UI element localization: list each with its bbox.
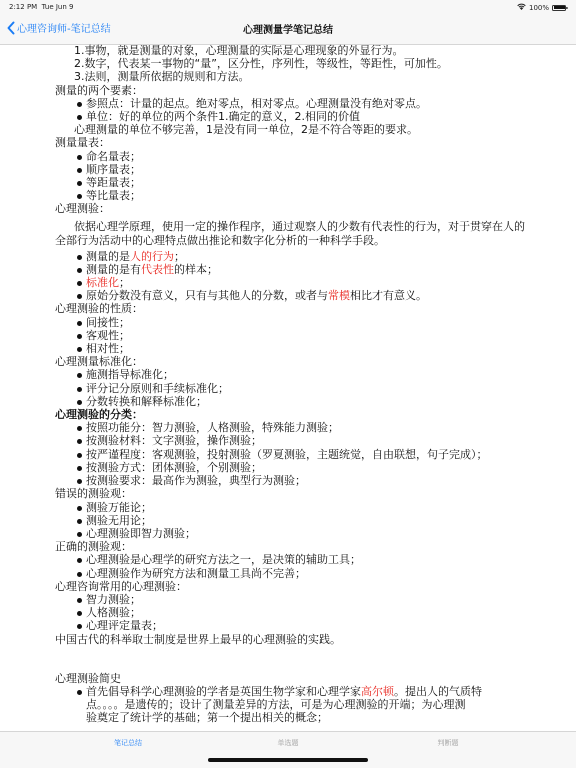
wifi-icon bbox=[517, 3, 526, 12]
bullet-item: 人格测验； bbox=[55, 606, 576, 619]
bullet-item: 命名量表； bbox=[55, 150, 576, 163]
bullet-item: 评分记分原则和手续标准化； bbox=[55, 382, 576, 395]
definition-paragraph: 依据心理学原理，使用一定的操作程序，通过观察人的少数有代表性的行为，对于贯穿在人… bbox=[55, 220, 535, 248]
spacer bbox=[55, 646, 576, 659]
bullet-text: 按测验材料：文字测验，操作测验； bbox=[75, 434, 262, 447]
bullet-text: 按严谨程度：客观测验，投射测验（罗夏测验，主题统觉，自由联想，句子完成）； bbox=[75, 448, 488, 461]
tab-notes-summary[interactable]: 笔记总结 bbox=[88, 738, 168, 748]
tab-bar: 笔记总结 单选题 判断题 bbox=[0, 731, 576, 768]
bullet-item: 按照功能分：智力测验，人格测验，特殊能力测验； bbox=[55, 421, 576, 434]
bullet-text: 测量的是 bbox=[86, 250, 130, 263]
bullet-item: 标准化； bbox=[55, 276, 576, 289]
section-heading: 心理测验： bbox=[55, 202, 576, 215]
bullet-text: 等比量表； bbox=[75, 189, 141, 202]
bullet-item: 分数转换和解释标准化； bbox=[55, 395, 576, 408]
bullet-text: 单位：好的单位的两个条件1.确定的意义，2.相同的价值 bbox=[75, 110, 360, 123]
bullet-item: 心理测验即智力测验； bbox=[55, 527, 576, 540]
bullet-text: 心理测验作为研究方法和测量工具尚不完善； bbox=[75, 567, 306, 580]
bullet-text: ； bbox=[174, 250, 185, 263]
bullet-item: 智力测验； bbox=[55, 593, 576, 606]
spacer bbox=[55, 659, 576, 672]
bullet-item: 顺序量表； bbox=[55, 163, 576, 176]
bullet-text: 分数转换和解释标准化； bbox=[75, 395, 207, 408]
notes-content[interactable]: 1.事物，就是测量的对象，心理测量的实际是心理现象的外显行为。 2.数字，代表某… bbox=[0, 44, 576, 732]
bullet-text: 按测验要求：最高作为测验，典型行为测验； bbox=[75, 474, 306, 487]
bullet-item: 原始分数没有意义，只有与其他人的分数，或者与常模相比才有意义。 bbox=[55, 289, 576, 302]
bullet-item: 按严谨程度：客观测验，投射测验（罗夏测验，主题统觉，自由联想，句子完成）； bbox=[55, 448, 576, 461]
intro-item: 2.数字，代表某一事物的“量”，区分性，序列性，等级性，等距性，可加性。 bbox=[55, 57, 576, 70]
bullet-item: 首先倡导科学心理测验的学者是英国生物学家和心理学家高尔顿。提出人的气质特 bbox=[55, 685, 576, 698]
highlight-text: 标准化 bbox=[86, 276, 119, 289]
bullet-item: 等比量表； bbox=[55, 189, 576, 202]
section-heading: 错误的测验观： bbox=[55, 487, 576, 500]
bullet-item: 心理测验作为研究方法和测量工具尚不完善； bbox=[55, 567, 576, 580]
bullet-text: 顺序量表； bbox=[75, 163, 141, 176]
bullet-item: 心理测验是心理学的研究方法之一，是决策的辅助工具； bbox=[55, 553, 576, 566]
section-heading: 心理测量标准化： bbox=[55, 355, 576, 368]
bullet-text: 间接性； bbox=[75, 316, 130, 329]
bullet-text: 原始分数没有意义，只有与其他人的分数，或者与 bbox=[86, 289, 328, 302]
tab-true-false[interactable]: 判断题 bbox=[408, 738, 488, 748]
bullet-text: 。提出人的气质特 bbox=[394, 685, 482, 698]
bullet-text: 智力测验； bbox=[75, 593, 141, 606]
section-heading-bold: 心理测验的分类： bbox=[55, 408, 576, 421]
date-text: Tue Jun 9 bbox=[42, 3, 74, 11]
bullet-text: 心理测验是心理学的研究方法之一，是决策的辅助工具； bbox=[75, 553, 361, 566]
battery-percent: 100% bbox=[529, 4, 549, 12]
bullet-item: 心理评定量表； bbox=[55, 619, 576, 632]
bullet-text: 测验万能论； bbox=[75, 501, 152, 514]
status-bar: 2:12 PM Tue Jun 9 100% bbox=[0, 0, 576, 14]
bullet-text: 按照功能分：智力测验，人格测验，特殊能力测验； bbox=[75, 421, 339, 434]
section-heading: 测量量表： bbox=[55, 136, 576, 149]
battery-full-icon bbox=[552, 5, 566, 11]
bullet-item: 按测验材料：文字测验，操作测验； bbox=[55, 434, 576, 447]
bullet-item: 测量的是人的行为； bbox=[55, 250, 576, 263]
bullet-continuation: 点。。。。是遗传的；设计了测量差异的方法，可是为心理测验的开端；为心理测 bbox=[55, 698, 576, 711]
bullet-text: 按测验方式：团体测验，个别测验； bbox=[75, 461, 262, 474]
bullet-text: 的样本； bbox=[174, 263, 218, 276]
bullet-text: 评分记分原则和手续标准化； bbox=[75, 382, 229, 395]
bullet-text: 等距量表； bbox=[75, 176, 141, 189]
bullet-item: 测验无用论； bbox=[55, 514, 576, 527]
navigation-bar: 心理咨询师-笔记总结 心理测量学笔记总结 bbox=[0, 14, 576, 45]
bullet-text: ； bbox=[119, 276, 130, 289]
tab-single-choice[interactable]: 单选题 bbox=[248, 738, 328, 748]
bullet-text: 心理评定量表； bbox=[75, 619, 163, 632]
bullet-item: 测验万能论； bbox=[55, 501, 576, 514]
bullet-item: 等距量表； bbox=[55, 176, 576, 189]
bullet-text: 测验无用论； bbox=[75, 514, 152, 527]
bullet-item: 间接性； bbox=[55, 316, 576, 329]
bullet-text: 客观性； bbox=[75, 329, 130, 342]
bullet-item: 参照点：计量的起点。绝对零点，相对零点。心理测量没有绝对零点。 bbox=[55, 97, 576, 110]
section-heading: 正确的测验观： bbox=[55, 540, 576, 553]
highlight-text: 高尔顿 bbox=[361, 685, 394, 698]
bullet-item: 测量的是有代表性的样本； bbox=[55, 263, 576, 276]
notes-text: 1.事物，就是测量的对象，心理测量的实际是心理现象的外显行为。 2.数字，代表某… bbox=[0, 44, 576, 725]
bullet-item: 施测指导标准化； bbox=[55, 368, 576, 381]
bullet-text: 测量的是有 bbox=[86, 263, 141, 276]
bullet-continuation: 验奠定了统计学的基础；第一个提出相关的概念； bbox=[55, 711, 576, 724]
bullet-text: 命名量表； bbox=[75, 150, 141, 163]
highlight-text: 常模 bbox=[328, 289, 350, 302]
highlight-text: 代表性 bbox=[141, 263, 174, 276]
status-right: 100% bbox=[517, 3, 566, 12]
ancient-note: 中国古代的科举取士制度是世界上最早的心理测验的实践。 bbox=[55, 633, 576, 646]
bullet-text: 相比才有意义。 bbox=[350, 289, 427, 302]
bullet-text: 首先倡导科学心理测验的学者是英国生物学家和心理学家 bbox=[86, 685, 361, 698]
section-heading: 心理测验的性质： bbox=[55, 302, 576, 315]
bullet-item: 客观性； bbox=[55, 329, 576, 342]
page-title: 心理测量学笔记总结 bbox=[0, 21, 576, 36]
time-text: 2:12 PM bbox=[9, 3, 37, 11]
bullet-item: 按测验要求：最高作为测验，典型行为测验； bbox=[55, 474, 576, 487]
home-indicator[interactable] bbox=[208, 758, 368, 762]
status-time: 2:12 PM Tue Jun 9 bbox=[9, 3, 73, 11]
intro-item: 3.法则，测量所依据的规则和方法。 bbox=[55, 70, 576, 83]
bullet-text: 施测指导标准化； bbox=[75, 368, 174, 381]
bullet-item: 按测验方式：团体测验，个别测验； bbox=[55, 461, 576, 474]
bullet-item: 单位：好的单位的两个条件1.确定的意义，2.相同的价值 bbox=[55, 110, 576, 123]
bullet-item: 相对性； bbox=[55, 342, 576, 355]
section-heading: 测量的两个要素： bbox=[55, 84, 576, 97]
bullet-text: 人格测验； bbox=[75, 606, 141, 619]
intro-item: 1.事物，就是测量的对象，心理测量的实际是心理现象的外显行为。 bbox=[55, 44, 576, 57]
highlight-text: 人的行为 bbox=[130, 250, 174, 263]
bullet-text: 心理测验即智力测验； bbox=[75, 527, 196, 540]
note-text: 心理测量的单位不够完善，1是没有同一单位，2是不符合等距的要求。 bbox=[55, 123, 576, 136]
section-heading: 心理测验简史 bbox=[55, 672, 576, 685]
bullet-text: 相对性； bbox=[75, 342, 130, 355]
bullet-text: 参照点：计量的起点。绝对零点，相对零点。心理测量没有绝对零点。 bbox=[75, 97, 427, 110]
section-heading: 心理咨询常用的心理测验： bbox=[55, 580, 576, 593]
